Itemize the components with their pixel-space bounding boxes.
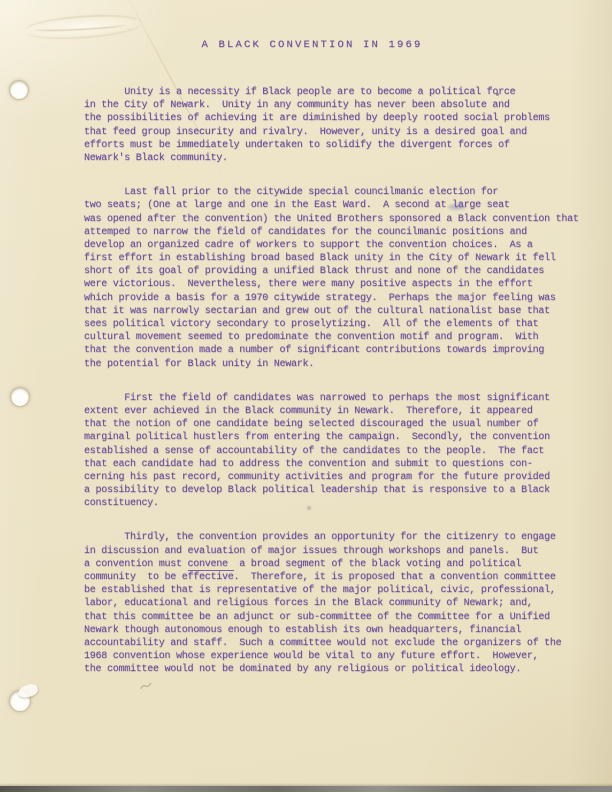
text-line: short of its goal of providing a unified… bbox=[84, 265, 604, 278]
text-line: marginal political hustlers from enterin… bbox=[84, 431, 604, 444]
text-line: Newark's Black community. bbox=[84, 152, 604, 165]
text-line: that this committee be an adjunct or sub… bbox=[84, 611, 604, 624]
punch-hole-top bbox=[10, 81, 28, 99]
text-line: that it was narrowly sectarian and grew … bbox=[84, 305, 604, 318]
text-line: labor, educational and religious forces … bbox=[84, 597, 604, 610]
scanned-page: A BLACK CONVENTION IN 1969 Unity is a ne… bbox=[0, 0, 612, 792]
paragraph: First the field of candidates was narrow… bbox=[84, 392, 604, 511]
text-line: was opened after the convention) the Uni… bbox=[84, 213, 604, 226]
text-line: first effort in establishing broad based… bbox=[84, 252, 604, 265]
text-line: the possibilities of achieving it are di… bbox=[84, 112, 604, 125]
text-line: that each candidate had to address the c… bbox=[84, 458, 604, 471]
text-line: in discussion and evaluation of major is… bbox=[84, 545, 604, 558]
text-line: two seats; (One at large and one in the … bbox=[84, 199, 604, 212]
document-title: A BLACK CONVENTION IN 1969 bbox=[0, 39, 612, 51]
text-line: the potential for Black unity in Newark. bbox=[84, 358, 604, 371]
text-line: in the City of Newark. Unity in any comm… bbox=[84, 99, 604, 112]
text-line: community to be effective. Therefore, it… bbox=[84, 571, 604, 584]
text-line: were victorious. Nevertheless, there wer… bbox=[84, 278, 604, 291]
text-line: which provide a basis for a 1970 citywid… bbox=[84, 292, 604, 305]
text-line: extent ever achieved in the Black commun… bbox=[84, 405, 604, 418]
text-line: Newark though autonomous enough to estab… bbox=[84, 624, 604, 637]
text-line: develop an organized cadre of workers to… bbox=[84, 239, 604, 252]
text-line: Last fall prior to the citywide special … bbox=[84, 186, 604, 199]
text-line: accountability and staff. Such a committ… bbox=[84, 637, 604, 650]
text-line: cerning his past record, community activ… bbox=[84, 471, 604, 484]
text-line: attemped to narrow the field of candidat… bbox=[84, 226, 604, 239]
scan-edge bbox=[0, 786, 612, 792]
text-line: be established that is representative of… bbox=[84, 584, 604, 597]
text-line: the committee would not be dominated by … bbox=[84, 663, 604, 676]
text-line: that the notion of one candidate being s… bbox=[84, 418, 604, 431]
text-line: cultural movement seemed to predominate … bbox=[84, 331, 604, 344]
text-line: efforts must be immediately undertaken t… bbox=[84, 139, 604, 152]
pencil-mark bbox=[138, 678, 154, 694]
punch-hole-bottom bbox=[10, 691, 30, 711]
text-line: a convention must convene a broad segmen… bbox=[84, 558, 604, 571]
text-line: that the convention made a number of sig… bbox=[84, 344, 604, 357]
text-line: sees political victory secondary to pros… bbox=[84, 318, 604, 331]
paragraph: Thirdly, the convention provides an oppo… bbox=[84, 531, 604, 676]
text-line: First the field of candidates was narrow… bbox=[84, 392, 604, 405]
paragraph: Last fall prior to the citywide special … bbox=[84, 186, 604, 371]
text-line: a possibility to develop Black political… bbox=[84, 484, 604, 497]
text-line: Unity is a necessity if Black people are… bbox=[84, 86, 604, 99]
text-line: constituency. bbox=[84, 497, 604, 510]
ink-smudge bbox=[448, 204, 466, 210]
text-line: established a sense of accountability of… bbox=[84, 445, 604, 458]
punch-hole-middle bbox=[11, 388, 29, 406]
text-line: 1968 convention whose experience would b… bbox=[84, 650, 604, 663]
document-body: Unity is a necessity if Black people are… bbox=[84, 86, 604, 698]
ink-speck bbox=[496, 93, 499, 96]
text-line: Thirdly, the convention provides an oppo… bbox=[84, 531, 604, 544]
paragraph: Unity is a necessity if Black people are… bbox=[84, 86, 604, 165]
underlined-word: convene bbox=[188, 559, 234, 572]
text-line: that feed group insecurity and rivalry. … bbox=[84, 126, 604, 139]
ink-speck bbox=[307, 506, 311, 510]
